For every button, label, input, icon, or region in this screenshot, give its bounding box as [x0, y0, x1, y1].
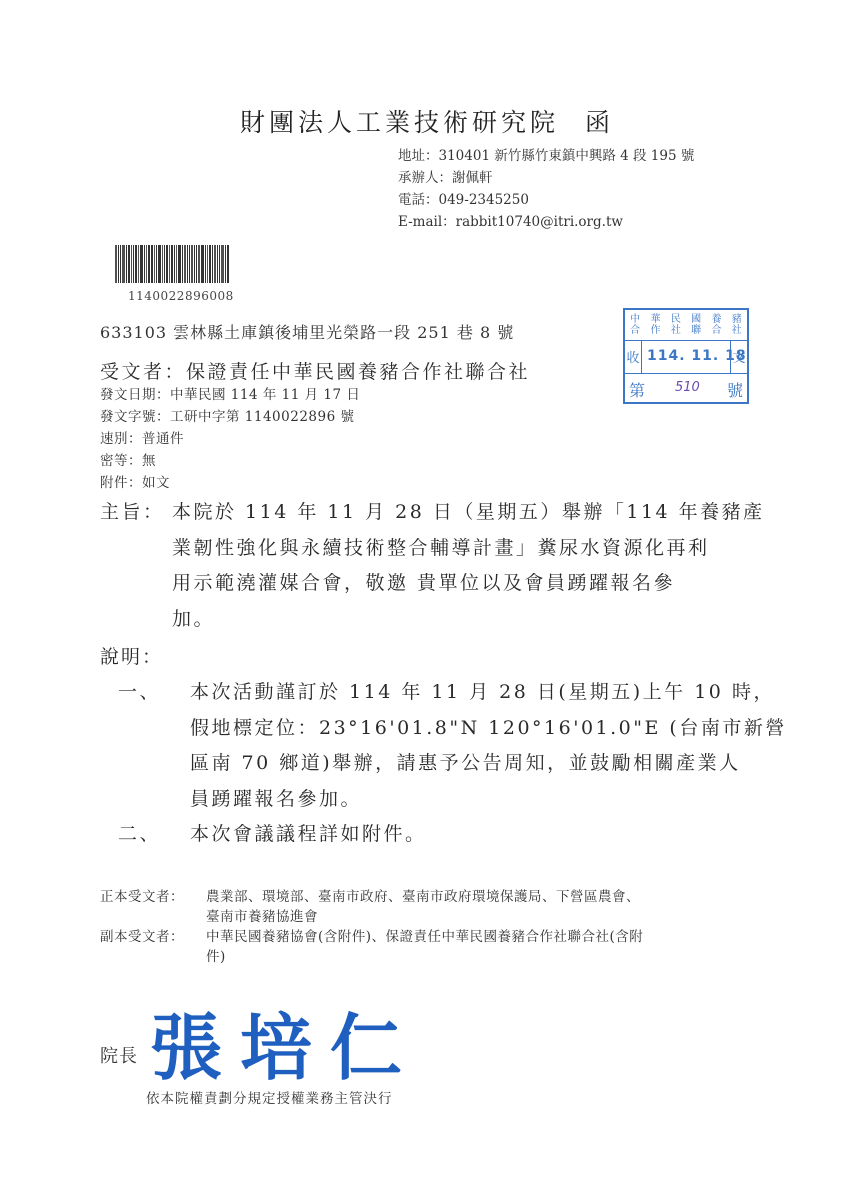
recipient-line: 受文者：保證責任中華民國養豬合作社聯合社: [100, 357, 530, 384]
barcode-bar: [209, 245, 211, 283]
stamp-prefix: 第: [629, 378, 645, 401]
document-header: 財團法人工業技術研究院函: [240, 103, 614, 139]
stamp-char: 社: [732, 325, 742, 336]
stamp-organization: 中合 華作 民社 國聯 養合 豬社: [625, 310, 747, 341]
stamp-date-row: 收 114. 11. 18 文: [625, 340, 747, 374]
subject-label: 主旨：: [100, 495, 165, 531]
barcode-bar: [115, 245, 117, 283]
primary-recipients-label: 正本受文者：: [100, 887, 184, 907]
barcode-bar: [138, 245, 139, 283]
email-address: E-mail：rabbit10740@itri.org.tw: [398, 211, 694, 233]
barcode-image: [115, 245, 245, 283]
stamp-char: 合: [711, 325, 721, 336]
barcode-bar: [118, 245, 119, 283]
item-line: 員踴躍報名參加。: [190, 782, 787, 818]
signatory-title: 院長: [100, 1042, 138, 1068]
stamp-char: 合: [630, 325, 640, 336]
stamp-suffix: 號: [727, 378, 743, 401]
barcode-bar: [135, 245, 137, 283]
barcode-bar: [166, 245, 168, 283]
barcode-bar: [189, 245, 190, 283]
stamp-char: 華: [650, 314, 660, 325]
barcode-bar: [207, 245, 208, 283]
item-body: 本次會議議程詳如附件。: [190, 817, 427, 853]
document-number: 發文字號：工研中字第 1140022896 號: [100, 406, 360, 428]
barcode-bar: [122, 245, 125, 283]
item-line: 區南 70 鄉道)舉辦，請惠予公告周知，並鼓勵相關產業人: [190, 746, 787, 782]
barcode-bar: [140, 245, 143, 283]
barcode-bar: [146, 245, 147, 283]
stamp-char: 養: [711, 314, 721, 325]
document-metadata: 發文日期：中華民國 114 年 11 月 17 日 發文字號：工研中字第 114…: [100, 384, 360, 494]
item-line: 本次活動謹訂於 114 年 11 月 28 日(星期五)上午 10 時，: [190, 675, 787, 711]
delivery-speed: 速別：普通件: [100, 428, 360, 450]
item-line: 本次會議議程詳如附件。: [190, 817, 427, 853]
barcode-bar: [219, 245, 220, 283]
barcode-bar: [154, 245, 155, 283]
stamp-char: 作: [650, 325, 660, 336]
barcode-bar: [198, 245, 200, 283]
barcode-bar: [128, 245, 130, 283]
barcode-bar: [169, 245, 170, 283]
signature-stamp: 張培仁: [150, 990, 420, 1094]
secrecy-level: 密等：無: [100, 450, 360, 472]
barcode-bar: [205, 245, 206, 283]
subject-body: 本院於 114 年 11 月 28 日（星期五）舉辦「114 年養豬產 業韌性強…: [172, 495, 772, 637]
issue-date: 發文日期：中華民國 114 年 11 月 17 日: [100, 384, 360, 406]
barcode-bar: [187, 245, 188, 283]
barcode-bar: [217, 245, 218, 283]
subject-line: 業韌性強化與永續技術整合輔導計畫」糞尿水資源化再利: [172, 531, 772, 567]
barcode-bar: [162, 245, 163, 283]
stamp-document-char: 文: [730, 340, 747, 373]
barcode-bar: [182, 245, 183, 283]
sender-address: 地址：310401 新竹縣竹東鎮中興路 4 段 195 號: [398, 145, 694, 167]
handler-name: 承辦人：謝佩軒: [398, 167, 694, 189]
primary-recipients-line: 農業部、環境部、臺南市政府、臺南市政府環境保護局、下營區農會、: [206, 887, 640, 907]
organization-name: 財團法人工業技術研究院: [240, 108, 559, 137]
barcode-bar: [225, 245, 226, 283]
primary-recipients-line: 臺南市養豬協進會: [206, 907, 640, 927]
received-stamp: 中合 華作 民社 國聯 養合 豬社 收 114. 11. 18 文 第 510 …: [623, 308, 749, 404]
attachment-note: 附件：如文: [100, 472, 360, 494]
delegation-note: 依本院權責劃分規定授權業務主管決行: [146, 1087, 393, 1107]
stamp-char: 社: [671, 325, 681, 336]
barcode-number: 1140022896008: [128, 289, 234, 303]
barcode-bar: [196, 245, 197, 283]
recipient-address: 633103 雲林縣土庫鎮後埔里光榮路一段 251 巷 8 號: [100, 320, 514, 343]
document-kind: 函: [585, 108, 614, 137]
barcode-bar: [156, 245, 157, 283]
barcode-bar: [214, 245, 216, 283]
secondary-recipients-line: 中華民國養豬協會(含附件)、保證責任中華民國養豬合作社聯合社(含附: [206, 927, 643, 947]
barcode-bar: [178, 245, 181, 283]
item-number: 二、: [118, 817, 161, 853]
stamp-char: 中: [630, 314, 640, 325]
stamp-char: 民: [671, 314, 681, 325]
barcode-bar: [126, 245, 127, 283]
barcode-bar: [194, 245, 195, 283]
barcode-bar: [176, 245, 177, 283]
stamp-received-number: 510: [675, 380, 700, 395]
barcode-bar: [191, 245, 193, 283]
item-body: 本次活動謹訂於 114 年 11 月 28 日(星期五)上午 10 時， 假地標…: [190, 675, 787, 817]
secondary-recipients-line: 件): [206, 947, 643, 967]
barcode-bar: [158, 245, 161, 283]
barcode-bar: [174, 245, 175, 283]
barcode-bar: [133, 245, 134, 283]
barcode-bar: [148, 245, 150, 283]
barcode-bar: [131, 245, 132, 283]
phone-number: 電話：049-2345250: [398, 189, 694, 211]
barcode-bar: [151, 245, 153, 283]
subject-line: 用示範澆灌媒合會，敬邀 貴單位以及會員踴躍報名參: [172, 566, 772, 602]
barcode-bar: [144, 245, 145, 283]
stamp-char: 豬: [732, 314, 742, 325]
barcode-bar: [212, 245, 213, 283]
barcode-bar: [201, 245, 204, 283]
barcode-bar: [184, 245, 186, 283]
barcode-bar: [171, 245, 173, 283]
secondary-recipients-label: 副本受文者：: [100, 927, 184, 947]
subject-line: 加。: [172, 602, 772, 638]
sender-contact-block: 地址：310401 新竹縣竹東鎮中興路 4 段 195 號 承辦人：謝佩軒 電話…: [398, 145, 694, 233]
stamp-received-char: 收: [625, 340, 642, 373]
barcode-bar: [164, 245, 165, 283]
barcode-bar: [120, 245, 121, 283]
barcode-bar: [221, 245, 224, 283]
explanation-label: 說明：: [100, 642, 163, 669]
stamp-number-row: 第 510 號: [625, 373, 747, 402]
item-line: 假地標定位：23°16'01.8"N 120°16'01.0"E (台南市新營: [190, 711, 787, 747]
subject-line: 本院於 114 年 11 月 28 日（星期五）舉辦「114 年養豬產: [172, 495, 772, 531]
stamp-char: 聯: [691, 325, 701, 336]
item-number: 一、: [118, 675, 161, 711]
barcode-bar: [227, 245, 229, 283]
stamp-char: 國: [691, 314, 701, 325]
